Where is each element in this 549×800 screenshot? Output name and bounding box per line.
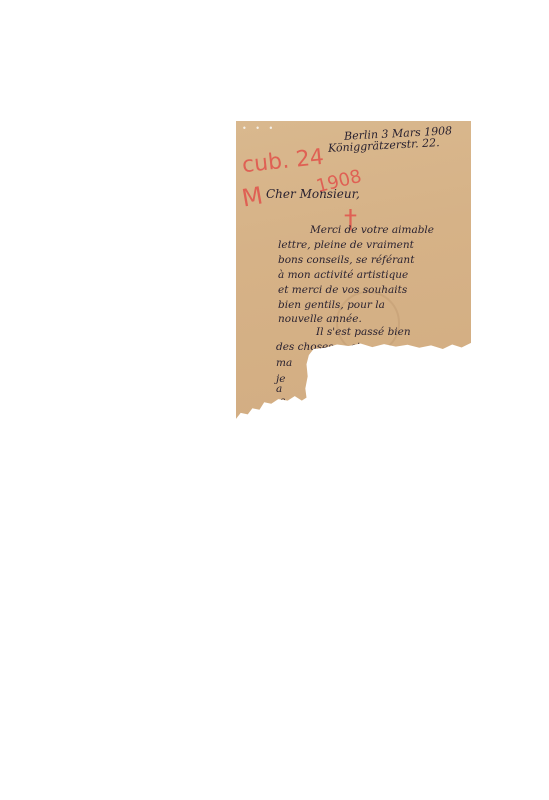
archive-mark: cub. 24	[241, 145, 325, 178]
body-line-6: bien gentils, pour la	[278, 299, 385, 311]
body-line-1: Merci de votre aimable	[310, 224, 434, 236]
body-line-4: à mon activité artistique	[278, 269, 408, 281]
body-line-12: a	[276, 383, 282, 395]
body-line-9: des choses ... et	[276, 341, 361, 353]
body-line-3: bons conseils, se référant	[278, 254, 414, 266]
body-line-10: ma	[276, 357, 292, 369]
document-page: • • • Berlin 3 Mars 1908 Königgrätzerstr…	[0, 0, 549, 800]
body-line-13: s	[280, 395, 285, 407]
body-line-7: nouvelle année.	[278, 313, 362, 325]
body-line-5: et merci de vos souhaits	[278, 284, 407, 296]
body-line-2: lettre, pleine de vraiment	[278, 239, 414, 251]
body-line-8: Il s'est passé bien	[316, 326, 411, 338]
margin-dots: • • •	[242, 124, 276, 133]
letter-paper: • • • Berlin 3 Mars 1908 Königgrätzerstr…	[236, 121, 471, 425]
salutation: Cher Monsieur,	[266, 187, 360, 201]
ref-mark: M	[240, 181, 265, 212]
